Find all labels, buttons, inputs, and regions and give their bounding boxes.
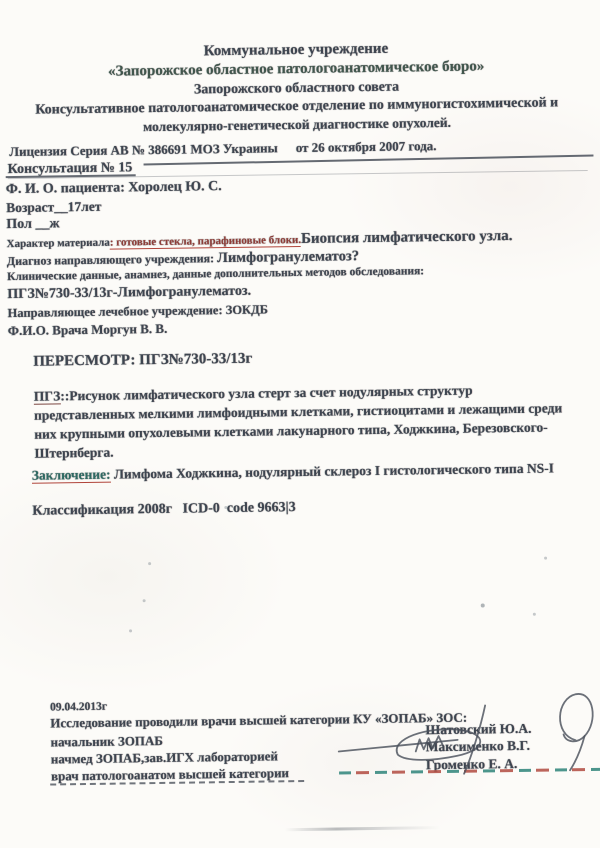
referral-diagnosis-value: Лимфогранулематоз? (217, 248, 359, 266)
referral-diagnosis-label: Диагноз направляющего учреждения: (7, 251, 214, 268)
review-paragraph: ПГЗ::Рисунок лимфатического узла стерт з… (34, 379, 567, 462)
classification-line: Классификация 2008г ICD-0 code 9663|3 (32, 500, 296, 520)
material-value: : готовые стекла, парафиновые блоки. (110, 234, 301, 250)
scan-speck (224, 506, 227, 509)
license-number: Лицензия Серия АВ № 386691 МОЗ Украины (9, 140, 278, 159)
referring-doctor-line: Ф.И.О. Врача Моргун В. В. (8, 321, 168, 339)
signature-dashed-line (339, 768, 600, 774)
scan-speck (544, 557, 547, 560)
conclusion-text: Лимфома Ходжкина, нодулярный склероз I г… (114, 460, 554, 481)
scanned-document-page: Коммунальное учреждение «Запорожское обл… (0, 0, 600, 848)
pgz-body: ::Рисунок лимфатического узла стерт за с… (34, 383, 562, 461)
signature-scrawl-right (545, 684, 600, 777)
scan-speck (143, 599, 146, 602)
signatory-role-2: начмед ЗОПАБ,зав.ИГХ лабораторией (51, 748, 278, 767)
footer-date: 09.04.2013г (50, 701, 107, 714)
pgz-label: ПГЗ (34, 388, 61, 404)
conclusion-line: Заключение: Лимфома Ходжкина, нодулярный… (32, 458, 564, 484)
patient-age-line: Возраст__17лет (6, 199, 101, 216)
scan-speck (481, 603, 485, 607)
referring-org-line: Направляющее лечебное учреждение: ЗОКДБ (8, 302, 269, 321)
clinical-data-value: ПГЗ№730-33/13г-Лимфогранулематоз. (7, 284, 251, 303)
material-line: Характер материала: готовые стекла, пара… (7, 228, 513, 252)
signatory-role-1: начальник ЗОПАБ (50, 733, 163, 751)
review-title: ПЕРЕСМОТР: ПГЗ№730-33/13г (33, 351, 252, 371)
scan-smudge (285, 826, 440, 831)
license-date: от 26 октября 2007 года. (296, 138, 437, 155)
scan-speck (129, 629, 132, 632)
license-line: Лицензия Серия АВ № 386691 МОЗ Украиныот… (9, 138, 436, 160)
document-content: Коммунальное учреждение «Запорожское обл… (0, 0, 600, 848)
patient-sex-line: Пол __ж (6, 216, 59, 233)
conclusion-label: Заключение: (32, 467, 111, 484)
scan-speck (148, 562, 151, 565)
signatory-name-2: Максименко В.Г. (426, 738, 530, 755)
material-biopsy: Биопсия лимфатического узла. (301, 228, 513, 247)
signatory-name-1: Шатовский Ю.А. (425, 721, 531, 738)
material-label: Характер материала (7, 237, 110, 250)
scan-speck (533, 613, 536, 616)
patient-fio-line: Ф. И. О. пациента: Хоролец Ю. С. (6, 179, 222, 198)
performed-by-line: Исследование проводили врачи высшей кате… (50, 710, 467, 732)
